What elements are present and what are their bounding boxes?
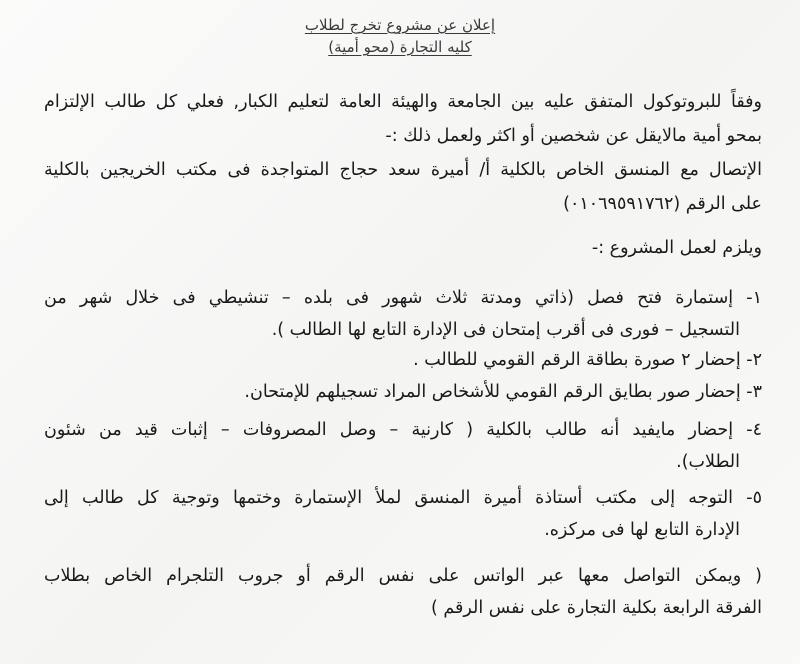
intro-line-1: وفقاً للبروتوكول المتفق عليه بين الجامعة… (44, 90, 762, 114)
title-line-2: كليه التجارة (محو أمية) (328, 36, 472, 58)
requirement-1-line-1: ١- إستمارة فتح فصل (ذاتي ومدتة ثلاث شهور… (44, 286, 762, 310)
requirement-5-line-2: الإدارة التابع لها فى مركزه. (544, 518, 740, 542)
contact-phone-line: على الرقم (٠١٠٦٩٥٩١٧٦٢) (563, 192, 762, 216)
note-line-1: ( ويمكن التواصل معها عبر الواتس على نفس … (44, 564, 762, 588)
requirement-1-line-2: التسجيل – فورى فى أقرب إمتحان فى الإدارة… (272, 318, 740, 342)
scanned-document-page: إعلان عن مشروع تخرج لطلاب كليه التجارة (… (0, 0, 800, 664)
requirement-2: ٢- إحضار ٢ صورة بطاقة الرقم القومي للطال… (413, 348, 762, 372)
contact-line-1: الإتصال مع المنسق الخاص بالكلية أ/ أميرة… (44, 158, 762, 182)
requirement-3: ٣- إحضار صور بطايق الرقم القومي للأشخاص … (244, 380, 762, 404)
requirement-5-line-1: ٥- التوجه إلى مكتب أستاذة أميرة المنسق ل… (44, 486, 762, 510)
requirements-heading: ويلزم لعمل المشروع :- (592, 236, 762, 260)
title-line-1: إعلان عن مشروع تخرج لطلاب (305, 14, 495, 36)
requirement-4-line-1: ٤- إحضار مايفيد أنه طالب بالكلية ( كارني… (44, 418, 762, 442)
note-line-2: الفرقة الرابعة بكلية التجارة على نفس الر… (431, 596, 762, 620)
intro-line-2: بمحو أمية مالايقل عن شخصين أو اكثر ولعمل… (385, 124, 762, 148)
announcement-title: إعلان عن مشروع تخرج لطلاب كليه التجارة (… (0, 14, 800, 58)
requirement-4-line-2: الطلاب). (676, 450, 740, 474)
